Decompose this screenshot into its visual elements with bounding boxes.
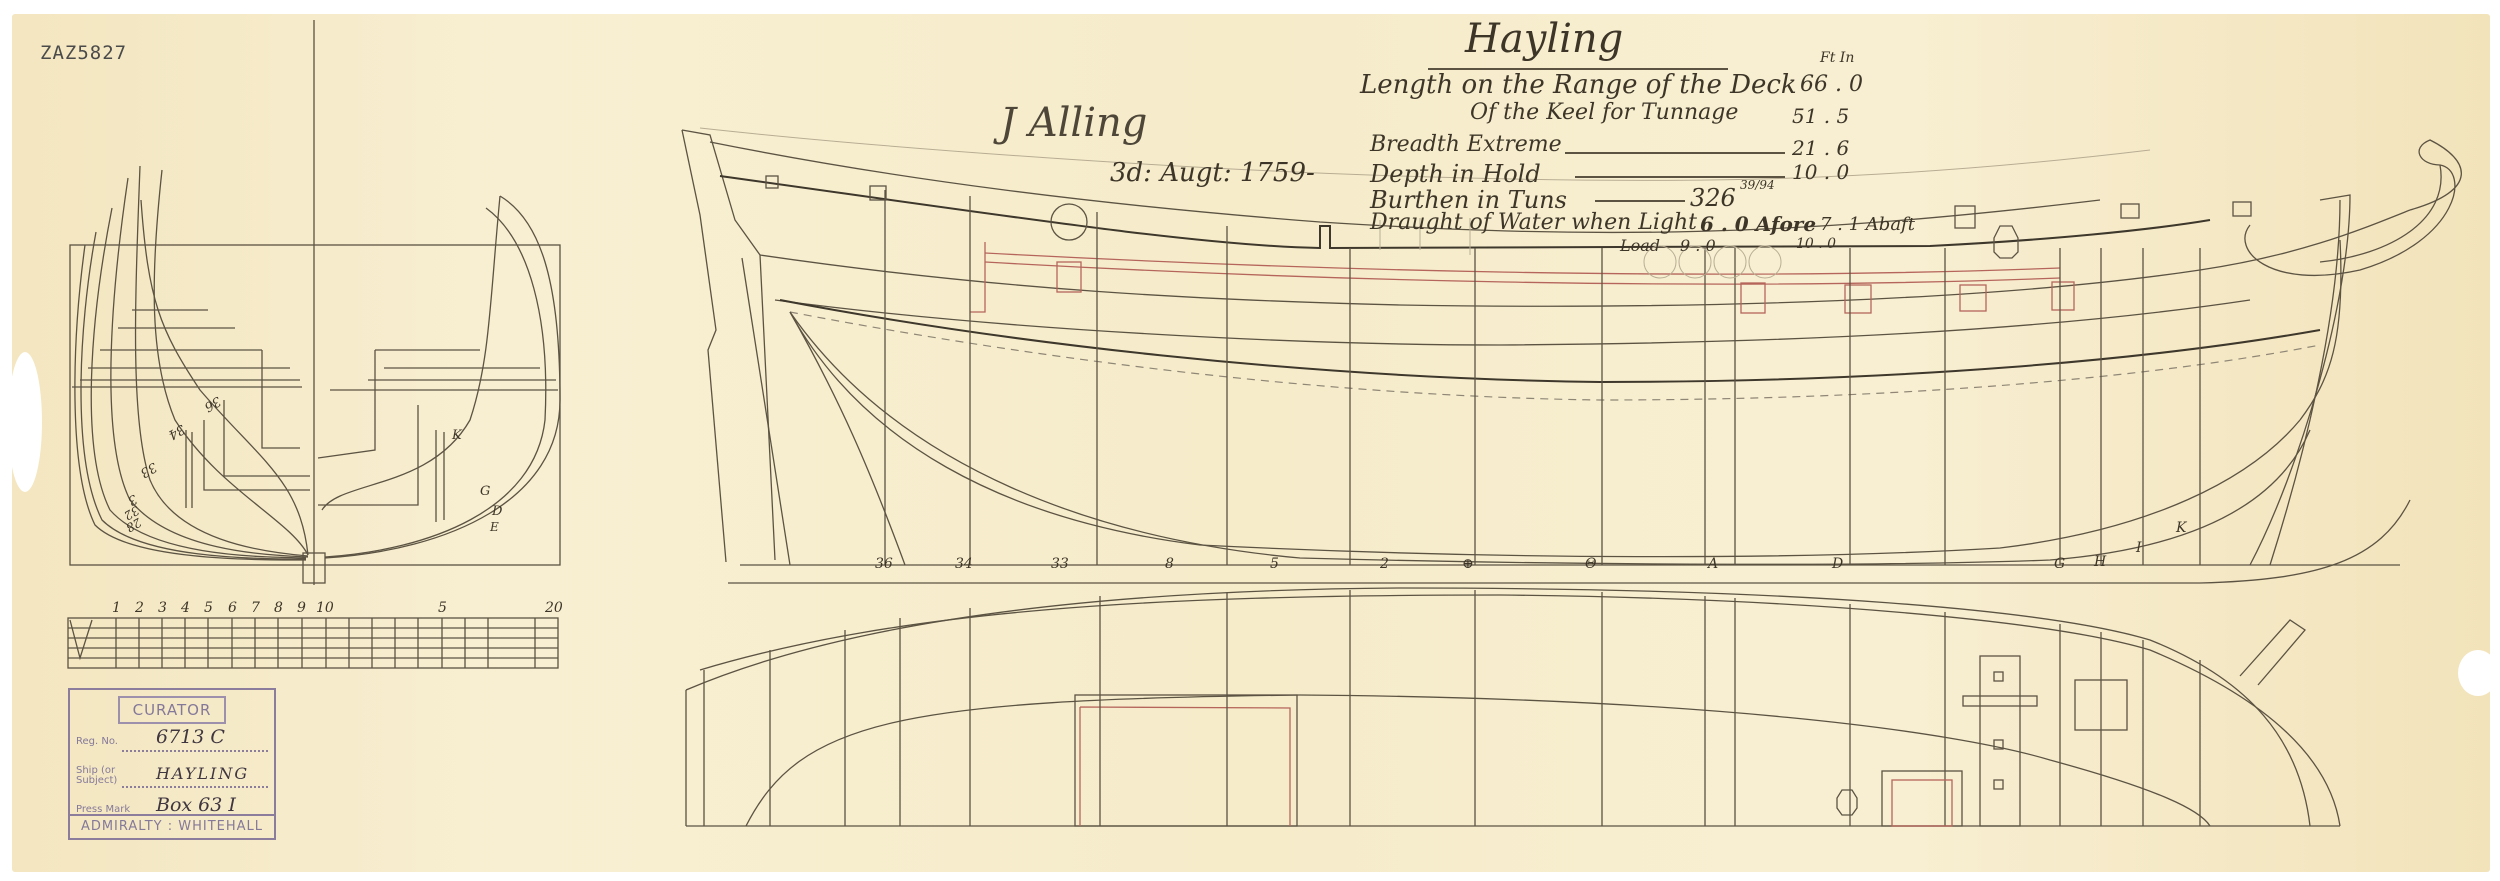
- dim-label-depth: Depth in Hold: [1370, 160, 1541, 188]
- scale-tick-label: 3: [158, 600, 167, 616]
- ship-plan-drawing: [0, 0, 2500, 881]
- dim-value-depth: 10 . 0: [1792, 160, 1849, 184]
- scale-tick-label: 1: [112, 600, 121, 616]
- station-label: Θ: [1585, 556, 1596, 572]
- frame-label: G: [480, 484, 490, 499]
- dim-value-length-deck: 66 . 0: [1800, 72, 1863, 97]
- scale-tick-label: 7: [251, 600, 260, 616]
- stamp-title: CURATOR: [118, 696, 226, 724]
- station-label: 5: [1270, 556, 1279, 572]
- dim-value-breadth: 21 . 6: [1792, 136, 1849, 160]
- dim-value-draught-load-abaft: 10 . 0: [1796, 236, 1836, 252]
- stamp-box-value: Box 63 I: [156, 794, 236, 816]
- station-label: 8: [1165, 556, 1174, 572]
- station-label: I: [2136, 540, 2142, 556]
- stamp-dotted-line: [122, 750, 268, 752]
- stamp-name-label: Ship (or Subject): [76, 766, 120, 786]
- drawing-date: 3d: Augt: 1759-: [1110, 158, 1315, 188]
- station-label: A: [1708, 556, 1718, 572]
- stamp-reg-value: 6713 C: [156, 726, 225, 748]
- ship-name-title: Hayling: [1465, 16, 1623, 62]
- dim-fraction-burthen: 39/94: [1740, 178, 1775, 192]
- dim-label-draught-light: Draught of Water when Light: [1370, 210, 1697, 235]
- scale-tick-label: 8: [274, 600, 283, 616]
- station-label: ⊕: [1462, 556, 1474, 572]
- station-label: H: [2094, 554, 2106, 570]
- scale-tick-label: 4: [181, 600, 190, 616]
- station-label: 34: [955, 556, 973, 572]
- station-label: 2: [1380, 556, 1389, 572]
- dim-label-draught-load: Load: [1620, 236, 1660, 255]
- station-label: K: [2176, 520, 2186, 536]
- frame-label: D: [492, 504, 502, 519]
- signature: J Alling: [1000, 100, 1147, 146]
- scale-bar: [68, 618, 558, 668]
- frame-label: K: [452, 428, 462, 443]
- dim-value-keel: 51 . 5: [1792, 104, 1849, 128]
- scale-tick-label: 6: [228, 600, 237, 616]
- dim-leader-breadth: [1565, 152, 1785, 154]
- dim-value-draught-light-abaft: 7 . 1 Abaft: [1820, 214, 1915, 235]
- dim-label-keel: Of the Keel for Tunnage: [1470, 100, 1738, 125]
- stamp-dotted-line: [122, 786, 268, 788]
- scale-tick-label: 5: [204, 600, 213, 616]
- dim-label-breadth: Breadth Extreme: [1370, 132, 1562, 157]
- stamp-footer: ADMIRALTY : WHITEHALL: [70, 814, 274, 838]
- stamp-reg-label: Reg. No.: [76, 736, 118, 747]
- stamp-name-value: HAYLING: [156, 764, 249, 783]
- dim-value-draught-light-afore: 6 . 0 Afore: [1700, 212, 1816, 236]
- half-breadth-plan: [686, 588, 2340, 826]
- dim-value-burthen: 326: [1690, 184, 1736, 212]
- station-label: 33: [1051, 556, 1069, 572]
- scale-tick-label: 5: [438, 600, 447, 616]
- curator-stamp: CURATOR Reg. No. 6713 C Ship (or Subject…: [68, 688, 276, 840]
- scale-tick-label: 10: [316, 600, 334, 616]
- sheer-plan: [682, 128, 2461, 583]
- scale-tick-label: 20: [545, 600, 563, 616]
- dim-leader-burthen: [1595, 200, 1685, 202]
- unit-header: Ft In: [1820, 50, 1854, 66]
- scale-tick-label: 9: [297, 600, 306, 616]
- dim-label-length-deck: Length on the Range of the Deck: [1360, 70, 1797, 100]
- station-label: 36: [875, 556, 893, 572]
- station-label: D: [1832, 556, 1843, 572]
- catalog-number: ZAZ5827: [40, 42, 127, 64]
- body-plan: [70, 20, 560, 585]
- station-label: G: [2054, 556, 2065, 572]
- dim-value-draught-load-afore: 9 . 0: [1680, 236, 1716, 255]
- frame-label: E: [490, 520, 499, 534]
- scale-tick-label: 2: [135, 600, 144, 616]
